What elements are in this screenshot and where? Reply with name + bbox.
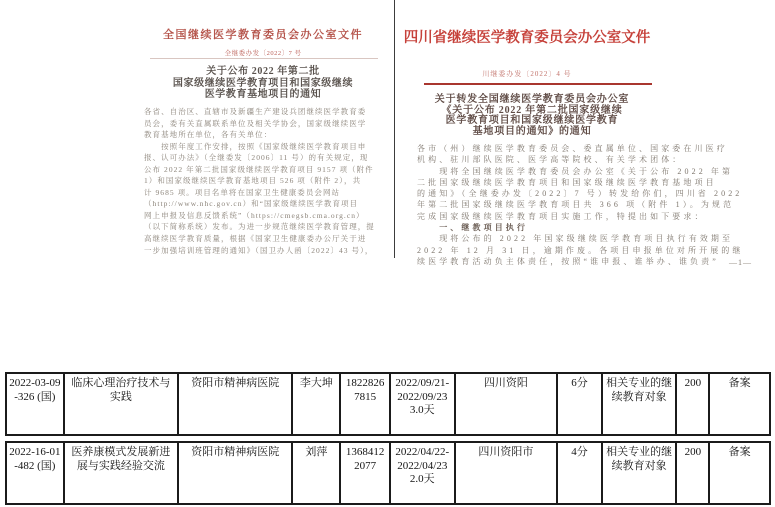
text-line: 现将全国继续医学教育委员会办公室《关于公布 2022 年第 [417, 166, 752, 177]
left-doc-divider-rule [150, 58, 378, 59]
right-doc-body: 各市（州）继续医学教育委员会、委直属单位、国家委在川医疗机构、驻川部队医院、医学… [417, 143, 752, 267]
table-cell: 13684122077 [341, 443, 391, 503]
text-line: 现将公布的 2022 年国家级继续医学教育项目执行有效期至 [417, 233, 752, 244]
table-row: 2022-03-09-326 (国)临床心理治疗技术与实践资阳市精神病医院李大坤… [5, 372, 771, 436]
right-doc-page-number: —1— [640, 258, 752, 267]
text-line: 医学教育基地项目的通知 [110, 89, 416, 101]
text-line: （以下简称系统）发布。为进一步规范继续医学教育管理，提 [144, 221, 389, 233]
text-line: 基地项目的通知》的通知 [403, 127, 661, 138]
table-cell: 200 [677, 374, 710, 434]
table-cell: 李大坤 [293, 374, 341, 434]
table-cell: 2022/04/22-2022/04/23 2.0天 [391, 443, 456, 503]
table-cell: 4分 [558, 443, 603, 503]
right-doc-number: 川继委办发〔2022〕4 号 [393, 69, 661, 79]
right-doc-org-title: 四川省继续医学教育委员会办公室文件 [393, 26, 661, 47]
text-line: 机构、驻川部队医院、医学高等院校、有关学术团体： [417, 154, 752, 165]
text-line: 报、认可办法》（全继委发〔2006〕11 号）的有关规定，现 [144, 152, 389, 164]
text-line: 国家级继续医学教育项目和国家级继续 [110, 78, 416, 90]
text-line: 完成国家级继续医学教育项目实施工作，特提出如下要求： [417, 211, 752, 222]
text-line: 关于转发全国继续医学教育委员会办公室 [403, 95, 661, 106]
text-line: 医学教育项目和国家级继续医学教育 [403, 116, 661, 127]
text-line: 员会，委有关直属联系单位及相关学协会，国家级继续医学 [144, 118, 389, 130]
table-cell: 2022/09/21-2022/09/23 3.0天 [391, 374, 456, 434]
text-line: 1）和国家级继续医学教育基地项目 526 项（附件 2），共 [144, 175, 389, 187]
scanned-documents-page: 全国继续医学教育委员会办公室文件 全继委办发〔2022〕7 号 关于公布 202… [0, 0, 775, 507]
table-cell: 医养康模式发展新进展与实践经验交流 [65, 443, 179, 503]
table-cell: 6分 [558, 374, 603, 434]
left-doc-org-title: 全国继续医学教育委员会办公室文件 [110, 26, 416, 42]
text-line: 一步加强培训班管理的通知》（国卫办人函〔2022〕43 号）， [144, 245, 389, 257]
text-line: 年第二批国家级继续医学教育项目共 366 项（附件 1）。为规范 [417, 199, 752, 210]
right-doc-title: 关于转发全国继续医学教育委员会办公室《关于公布 2022 年第二批国家级继续医学… [403, 95, 661, 137]
table-cell: 资阳市精神病医院 [179, 374, 293, 434]
table-cell: 资阳市精神病医院 [179, 443, 293, 503]
table-cell: 18228267815 [341, 374, 391, 434]
table-row: 2022-16-01-482 (国)医养康模式发展新进展与实践经验交流资阳市精神… [5, 441, 771, 505]
text-line: 网上申报及信息反馈系统”（https://cmegsb.cma.org.cn） [144, 210, 389, 222]
text-line: 关于公布 2022 年第二批 [110, 66, 416, 78]
table-cell: 相关专业的继续教育对象 [603, 374, 678, 434]
text-line: 的通知》（全继委办发〔2022〕7 号）转发给你们，四川省 2022 [417, 188, 752, 199]
right-doc-section-heading: 一、继教项目执行 [417, 222, 752, 233]
table-cell: 临床心理治疗技术与实践 [65, 374, 179, 434]
table-cell: 刘萍 [293, 443, 341, 503]
text-line: 各市（州）继续医学教育委员会、委直属单位、国家委在川医疗 [417, 143, 752, 154]
table-cell: 相关专业的继续教育对象 [603, 443, 678, 503]
right-doc-red-rule [424, 83, 652, 85]
table-cell: 四川资阳 [456, 374, 558, 434]
table-cell: 四川资阳市 [456, 443, 558, 503]
text-line: 高继续医学教育质量，根据《国家卫生健康委办公厅关于进 [144, 233, 389, 245]
table-cell: 200 [677, 443, 710, 503]
text-line: 计 9685 项。项目名单将在国家卫生健康委员会网站 [144, 187, 389, 199]
left-doc-number: 全继委办发〔2022〕7 号 [110, 48, 416, 57]
text-line: 2022 年 12 月 31 日，逾期作废。各项目申报单位对所开展的继 [417, 245, 752, 256]
text-line: （http://www.nhc.gov.cn）和“国家级继续医学教育项目 [144, 198, 389, 210]
table-cell: 2022-03-09-326 (国) [7, 374, 65, 434]
text-line: 按照年度工作安排，按照《国家级继续医学教育项目申 [144, 141, 389, 153]
text-line: 二批国家级继续医学教育项目和国家级继续医学教育基地项目 [417, 177, 752, 188]
table-cell: 2022-16-01-482 (国) [7, 443, 65, 503]
text-line: 各省、自治区、直辖市及新疆生产建设兵团继续医学教育委 [144, 106, 389, 118]
left-doc-body: 各省、自治区、直辖市及新疆生产建设兵团继续医学教育委员会，委有关直属联系单位及相… [144, 106, 389, 256]
text-line: 公布 2022 年第二批国家级继续医学教育项目 9157 项（附件 [144, 164, 389, 176]
left-doc-title: 关于公布 2022 年第二批国家级继续医学教育项目和国家级继续医学教育基地项目的… [110, 66, 416, 101]
text-line: 教育基地所在单位，各有关单位： [144, 129, 389, 141]
results-table: 2022-03-09-326 (国)临床心理治疗技术与实践资阳市精神病医院李大坤… [5, 372, 773, 507]
table-cell: 备案 [710, 374, 769, 434]
right-doc-body-part1: 各市（州）继续医学教育委员会、委直属单位、国家委在川医疗机构、驻川部队医院、医学… [417, 143, 752, 222]
table-cell: 备案 [710, 443, 769, 503]
